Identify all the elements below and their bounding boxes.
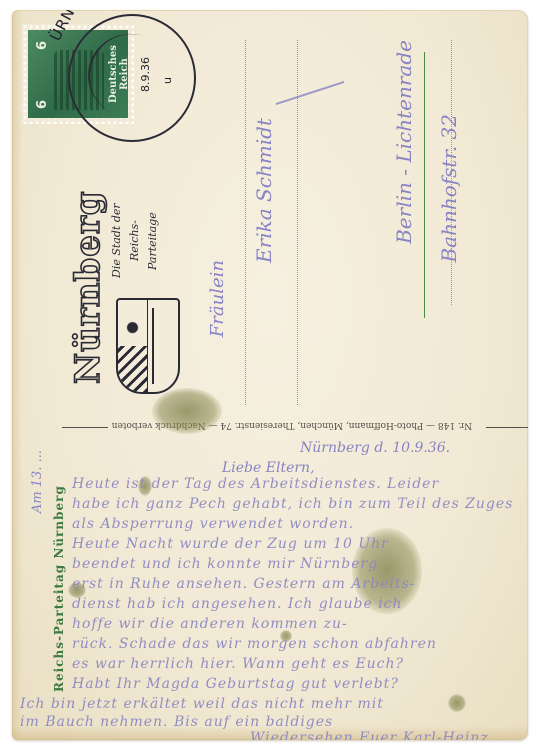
message-line: Habt Ihr Magda Geburtstag gut verlebt? [72,676,399,692]
message-line: es war herrlich hier. Wann geht es Euch? [72,656,404,672]
postmark-circle: ÜRNBERG 8.9.36 u [68,14,196,142]
postmark-code: u [161,77,174,84]
message-line: erst in Ruhe ansehen. Gestern am Arbeits… [72,576,415,592]
series-title: Reichs-Parteitag Nürnberg [52,458,66,720]
slogan-city: Nürnberg [68,174,106,400]
stain [152,388,222,434]
message-line: als Absperrung verwendet worden. [72,516,354,532]
slogan-line: Reichs- [128,176,141,306]
publisher-caption: Nr. 148 — Photo-Hoffmann, München, There… [62,420,528,434]
postcard: 6 6 Deutsches Reich ÜRNBERG 8.9.36 u Nür… [12,10,528,740]
stamp-value: 6 [35,41,50,50]
stain [448,694,466,712]
address-street: Bahnhofstr. 32 [437,114,461,263]
margin-note: Am 13. ... [30,450,45,513]
message-line: Heute Nacht wurde der Zug um 10 Uhr [72,536,389,552]
slogan-line: Parteitage [146,176,159,306]
message-greeting: Liebe Eltern, [222,460,315,476]
message-line: habe ich ganz Pech gehabt, ich bin zum T… [72,496,513,512]
eagle-half-icon [152,308,174,384]
address-name: Erika Schmidt [252,118,276,263]
divider-rule [486,427,528,428]
address-city: Berlin - Lichtenrade [392,40,416,244]
message-line: Ich bin jetzt erkältet weil das nicht me… [20,696,384,712]
message-line: hoffe wir die anderen kommen zu- [72,616,348,632]
slogan-line: Die Stadt der [110,176,123,306]
slogan-cancel: Nürnberg Die Stadt der Reichs- Parteitag… [64,174,190,400]
message-signature: Wiedersehen Euer Karl-Heinz [250,730,489,740]
edge-wear [12,10,22,740]
stripes-icon [118,346,147,392]
postmark-date: 8.9.36 [139,57,152,92]
postmark-inner-ring [76,22,186,130]
stamp-value: 6 [35,100,50,109]
message-line: beendet und ich konnte mir Nürnberg [72,556,378,572]
coat-of-arms-icon [116,298,180,394]
handwriting-flourish [275,81,344,105]
message-line: rück. Schade das wir morgen schon abfahr… [72,636,437,652]
address-underline [424,52,425,318]
address-line-rule [245,40,246,405]
address-salutation: Fräulein [207,260,228,337]
message-date: Nürnberg d. 10.9.36. [300,440,450,456]
divider-rule [62,427,108,428]
message-line: Heute ist der Tag des Arbeitsdienstes. L… [72,476,439,492]
message-line: im Bauch nehmen. Bis auf ein baldiges [20,714,333,730]
message-line: dienst hab ich angesehen. Ich glaube ich [72,596,403,612]
